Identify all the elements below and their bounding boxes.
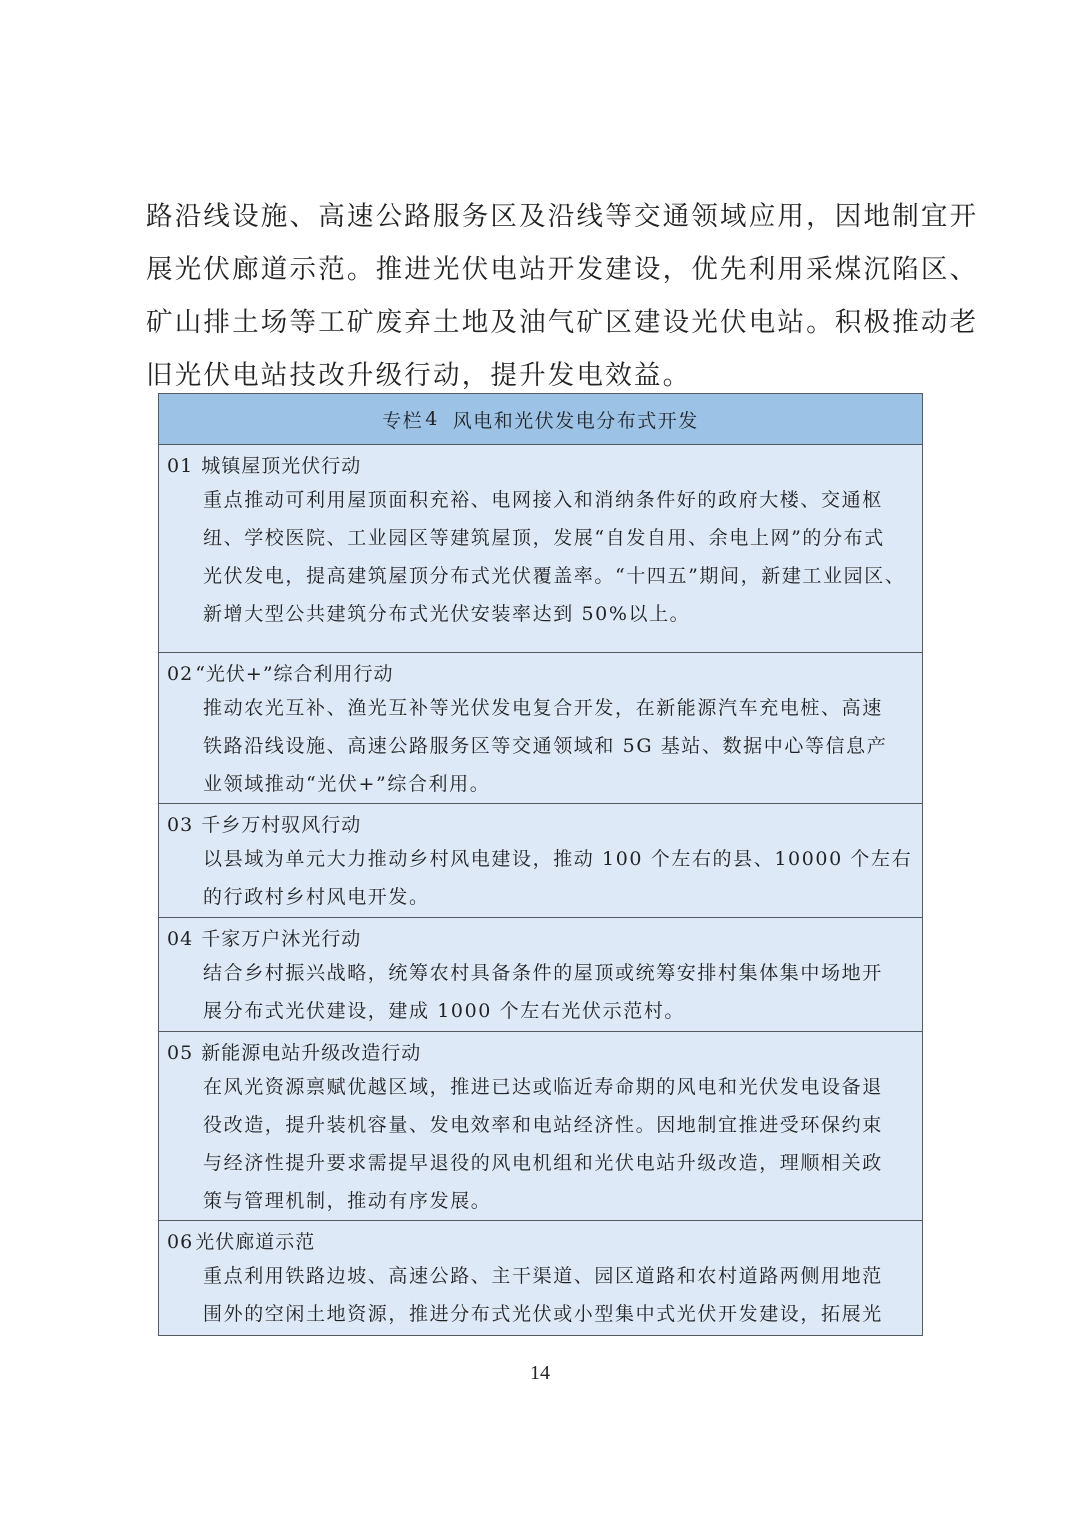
intro-line: 展光伏廊道示范。推进光伏电站开发建设，优先利用采煤沉陷区、 (146, 243, 936, 296)
body-line: 光伏发电，提高建筑屋顶分布式光伏覆盖率。“十四五”期间，新建工业园区、 (203, 557, 914, 595)
body-line: 纽、学校医院、工业园区等建筑屋顶，发展“自发自用、余电上网”的分布式 (203, 519, 914, 557)
box-label: 专栏 (382, 406, 423, 433)
box-section-03: 03千乡万村驭风行动 以县域为单元大力推动乡村风电建设，推动 100 个左右的县… (159, 804, 922, 918)
section-number: 05 (167, 1042, 193, 1064)
box-title: 风电和光伏发电分布式开发 (453, 406, 699, 433)
section-title: 04千家万户沐光行动 (167, 924, 914, 954)
body-line: 结合乡村振兴战略，统筹农村具备条件的屋顶或统筹安排村集体集中场地开 (203, 954, 914, 992)
section-number: 03 (167, 814, 193, 836)
body-line: 的行政村乡村风电开发。 (203, 878, 914, 916)
intro-line: 矿山排土场等工矿废弃土地及油气矿区建设光伏电站。积极推动老 (146, 296, 936, 349)
section-title: 01城镇屋顶光伏行动 (167, 451, 914, 481)
box-section-05: 05新能源电站升级改造行动 在风光资源禀赋优越区域，推进已达或临近寿命期的风电和… (159, 1032, 922, 1221)
box-section-04: 04千家万户沐光行动 结合乡村振兴战略，统筹农村具备条件的屋顶或统筹安排村集体集… (159, 918, 922, 1032)
section-number: 02 (167, 663, 193, 685)
section-title: 05新能源电站升级改造行动 (167, 1038, 914, 1068)
section-heading: 光伏廊道示范 (195, 1231, 315, 1253)
box-header: 专栏 4 风电和光伏发电分布式开发 (159, 394, 922, 445)
body-line: 役改造，提升装机容量、发电效率和电站经济性。因地制宜推进受环保约束 (203, 1106, 914, 1144)
section-heading: 千家万户沐光行动 (201, 928, 361, 950)
box-number: 4 (425, 408, 439, 430)
intro-paragraph: 路沿线设施、高速公路服务区及沿线等交通领域应用，因地制宜开 展光伏廊道示范。推进… (146, 190, 936, 402)
body-line: 与经济性提升要求需提早退役的风电机组和光伏电站升级改造，理顺相关政 (203, 1144, 914, 1182)
body-line: 以县域为单元大力推动乡村风电建设，推动 100 个左右的县、10000 个左右 (203, 840, 914, 878)
box-section-01: 01城镇屋顶光伏行动 重点推动可利用屋顶面积充裕、电网接入和消纳条件好的政府大楼… (159, 445, 922, 653)
section-number: 04 (167, 928, 193, 950)
body-line: 重点推动可利用屋顶面积充裕、电网接入和消纳条件好的政府大楼、交通枢 (203, 481, 914, 519)
box-section-06: 06光伏廊道示范 重点利用铁路边坡、高速公路、主干渠道、园区道路和农村道路两侧用… (159, 1221, 922, 1336)
section-title: 06光伏廊道示范 (167, 1227, 914, 1257)
body-line: 策与管理机制，推动有序发展。 (203, 1182, 914, 1220)
body-line: 围外的空闲土地资源，推进分布式光伏或小型集中式光伏开发建设，拓展光 (203, 1295, 914, 1333)
section-title: 03千乡万村驭风行动 (167, 810, 914, 840)
section-heading: 城镇屋顶光伏行动 (201, 455, 361, 477)
page-number: 14 (0, 1362, 1080, 1385)
section-number: 06 (167, 1231, 193, 1253)
body-line: 展分布式光伏建设，建成 1000 个左右光伏示范村。 (203, 992, 914, 1030)
section-heading: 千乡万村驭风行动 (201, 814, 361, 836)
section-body: 重点推动可利用屋顶面积充裕、电网接入和消纳条件好的政府大楼、交通枢 纽、学校医院… (167, 481, 914, 633)
body-line: 业领域推动“光伏+”综合利用。 (203, 765, 914, 803)
section-heading: “光伏+”综合利用行动 (195, 663, 393, 685)
body-line: 推动农光互补、渔光互补等光伏发电复合开发，在新能源汽车充电桩、高速 (203, 689, 914, 727)
section-heading: 新能源电站升级改造行动 (201, 1042, 421, 1064)
box-section-02: 02“光伏+”综合利用行动 推动农光互补、渔光互补等光伏发电复合开发，在新能源汽… (159, 653, 922, 804)
body-line: 重点利用铁路边坡、高速公路、主干渠道、园区道路和农村道路两侧用地范 (203, 1257, 914, 1295)
section-body: 结合乡村振兴战略，统筹农村具备条件的屋顶或统筹安排村集体集中场地开 展分布式光伏… (167, 954, 914, 1030)
body-line: 新增大型公共建筑分布式光伏安装率达到 50%以上。 (203, 595, 914, 633)
section-number: 01 (167, 455, 193, 477)
section-body: 推动农光互补、渔光互补等光伏发电复合开发，在新能源汽车充电桩、高速 铁路沿线设施… (167, 689, 914, 803)
feature-box: 专栏 4 风电和光伏发电分布式开发 01城镇屋顶光伏行动 重点推动可利用屋顶面积… (158, 393, 923, 1336)
body-line: 铁路沿线设施、高速公路服务区等交通领域和 5G 基站、数据中心等信息产 (203, 727, 914, 765)
body-line: 在风光资源禀赋优越区域，推进已达或临近寿命期的风电和光伏发电设备退 (203, 1068, 914, 1106)
section-body: 以县域为单元大力推动乡村风电建设，推动 100 个左右的县、10000 个左右 … (167, 840, 914, 916)
section-title: 02“光伏+”综合利用行动 (167, 659, 914, 689)
intro-line: 路沿线设施、高速公路服务区及沿线等交通领域应用，因地制宜开 (146, 190, 936, 243)
section-body: 重点利用铁路边坡、高速公路、主干渠道、园区道路和农村道路两侧用地范 围外的空闲土… (167, 1257, 914, 1333)
section-body: 在风光资源禀赋优越区域，推进已达或临近寿命期的风电和光伏发电设备退 役改造，提升… (167, 1068, 914, 1220)
